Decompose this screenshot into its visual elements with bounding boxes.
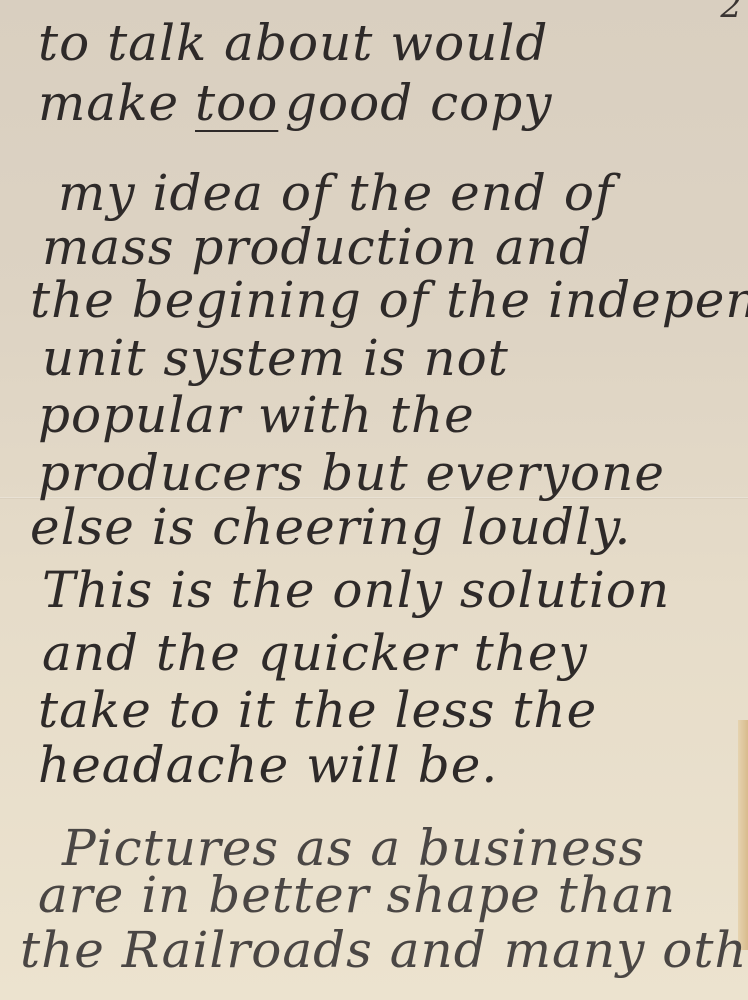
handwritten-line: mass production and [42,222,592,272]
letter-page: 2 to talk about wouldmaketoogood copymy … [0,0,748,1000]
paper-edge-stain [738,720,748,950]
handwritten-line: are in better shape than [38,870,676,920]
handwritten-line: too [195,78,278,128]
handwritten-line: popular with the [38,390,475,440]
handwritten-line: This is the only solution [42,565,670,615]
handwritten-line: unit system is not [42,333,509,383]
handwritten-line: take to it the less the [38,685,597,735]
handwritten-line: my idea of the end of [58,168,614,218]
handwritten-line: headache will be. [38,740,498,790]
handwritten-line: and the quicker they [42,628,588,678]
handwritten-line: good copy [285,78,552,128]
handwritten-line: to talk about would [38,18,548,68]
handwritten-line: producers but everyone [38,448,665,498]
page-number: 2 [720,0,742,26]
handwritten-line: the begining of the independent [30,275,748,325]
handwritten-line: else is cheering loudly. [30,502,631,552]
handwritten-line: make [38,78,179,128]
handwritten-line: the Railroads and many other [20,925,748,975]
